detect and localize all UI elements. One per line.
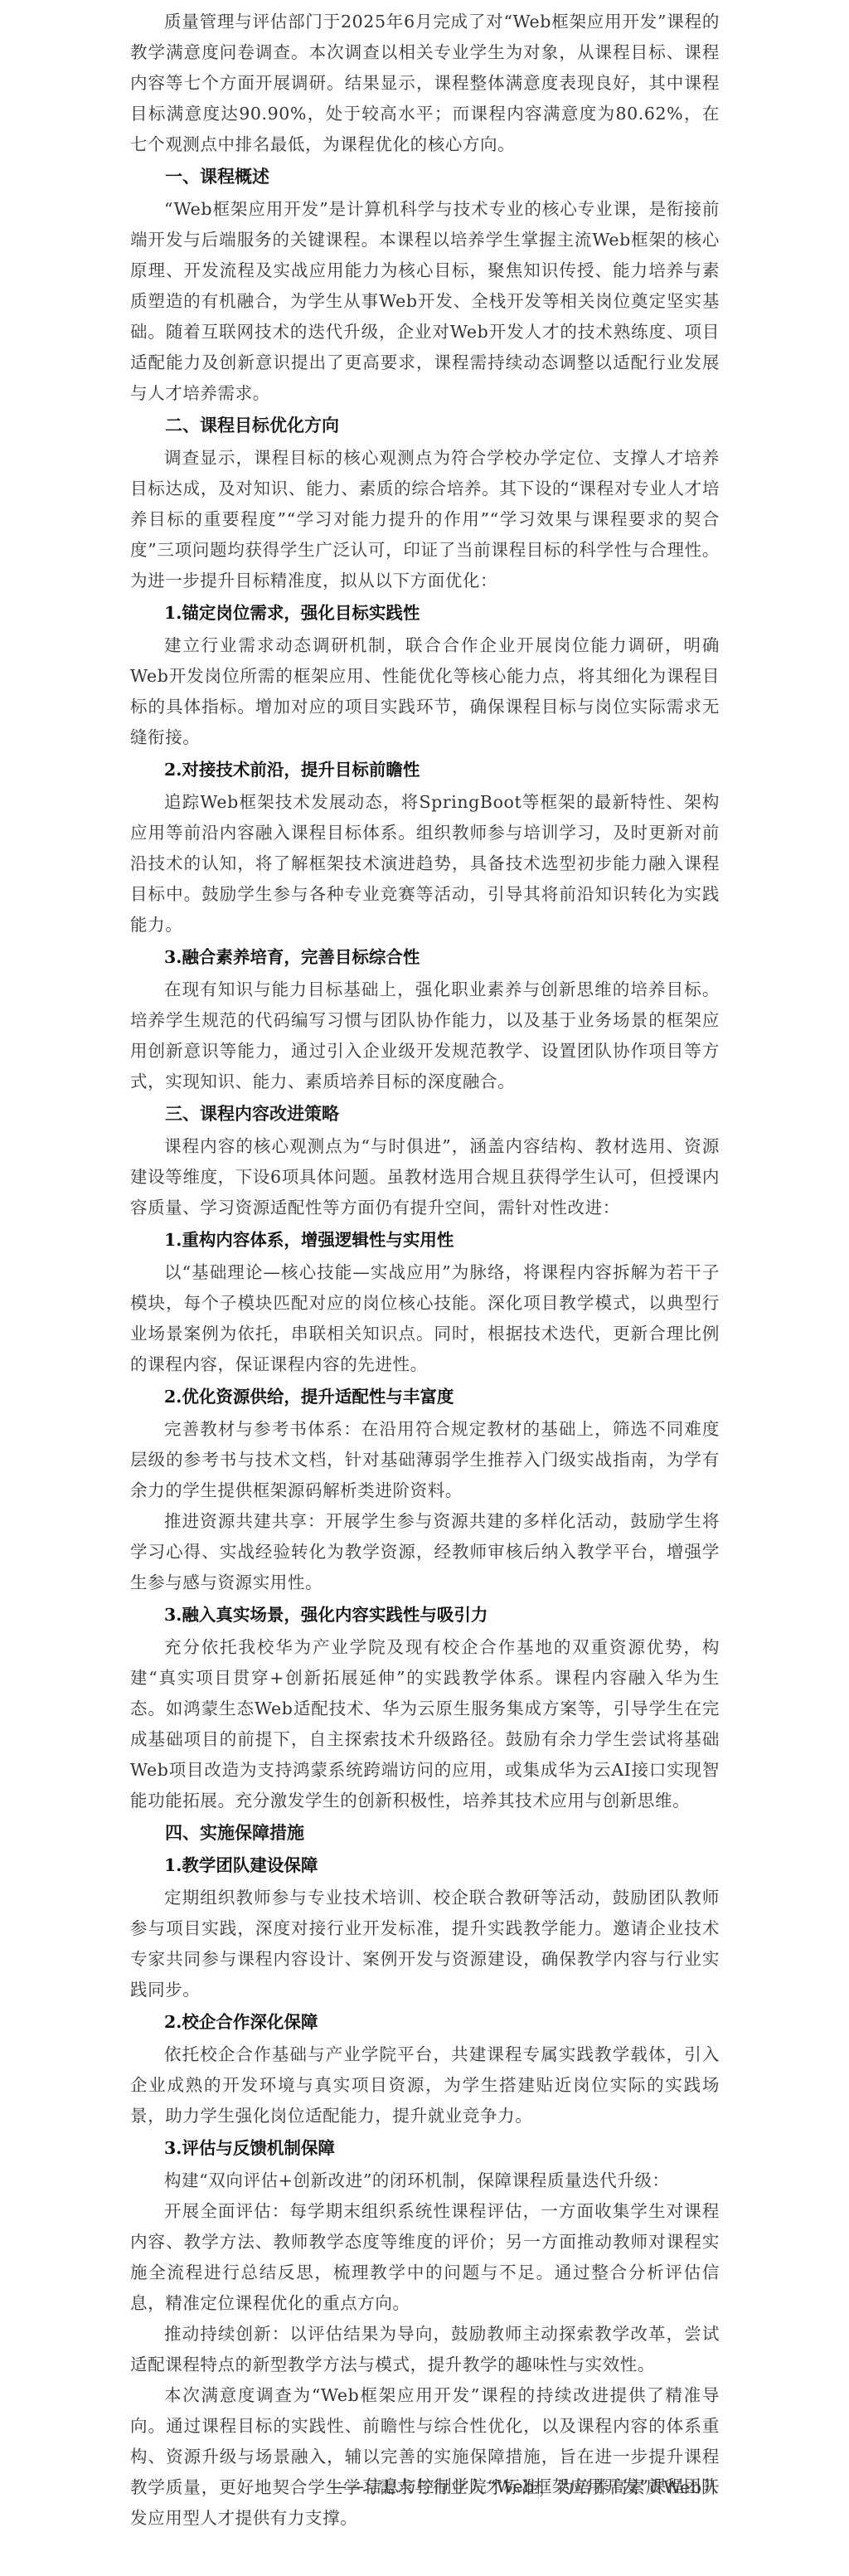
subsection-paragraph: 追踪Web框架技术发展动态，将SpringBoot等框架的最新特性、架构应用等前… — [130, 787, 720, 940]
subsection-paragraph: 推动持续创新：以评估结果为导向，鼓励教师主动探索教学改革，尝试适配课程特点的新型… — [130, 2319, 720, 2380]
conclusion-paragraph: 本次满意度调查为“Web框架应用开发”课程的持续改进提供了精准导向。通过课程目标… — [130, 2380, 720, 2534]
section-paragraph: 调查显示，课程目标的核心观测点为符合学校办学定位、支撑人才培养目标达成，及对知识… — [130, 443, 720, 596]
subsection-paragraph: 完善教材与参考书体系：在沿用符合规定教材的基础上，筛选不同难度层级的参考书与技术… — [130, 1414, 720, 1506]
subsection-paragraph: 在现有知识与能力目标基础上，强化职业素养与创新思维的培养目标。培养学生规范的代码… — [130, 975, 720, 1097]
subsection-heading: 1.锚定岗位需求，强化目标实践性 — [130, 598, 720, 629]
subsection-paragraph: 推进资源共建共享：开展学生参与资源共建的多样化活动，鼓励学生将学习心得、实战经验… — [130, 1506, 720, 1598]
subsection-heading: 3.评估与反馈机制保障 — [130, 2133, 720, 2164]
subsection-heading: 1.教学团队建设保障 — [130, 1850, 720, 1881]
subsection-paragraph: 依托校企合作基础与产业学院平台，共建课程专属实践教学载体，引入企业成熟的开发环境… — [130, 2039, 720, 2131]
section-course-overview: 一、课程概述 “Web框架应用开发”是计算机科学与技术专业的核心专业课，是衔接前… — [130, 162, 720, 409]
section-heading: 四、实施保障措施 — [130, 1818, 720, 1849]
section-heading: 一、课程概述 — [130, 162, 720, 192]
subsection-paragraph: 充分依托我校华为产业学院及现有校企合作基地的双重资源优势，构建“真实项目贯穿+创… — [130, 1632, 720, 1816]
section-content-improvement: 三、课程内容改进策略 课程内容的核心观测点为“与时俱进”，涵盖内容结构、教材选用… — [130, 1099, 720, 1816]
section-course-objectives: 二、课程目标优化方向 调查显示，课程目标的核心观测点为符合学校办学定位、支撑人才… — [130, 411, 720, 1097]
subsection-paragraph: 以“基础理论—核心技能—实战应用”为脉络，将课程内容拆解为若干子模块，每个子模块… — [130, 1257, 720, 1380]
section-paragraph: 课程内容的核心观测点为“与时俱进”，涵盖内容结构、教材选用、资源建设等维度，下设… — [130, 1131, 720, 1223]
subsection-heading: 1.重构内容体系，增强逻辑性与实用性 — [130, 1225, 720, 1256]
subsection-paragraph: 开展全面评估：每学期末组织系统性课程评估，一方面收集学生对课程内容、教学方法、教… — [130, 2196, 720, 2319]
section-heading: 二、课程目标优化方向 — [130, 411, 720, 441]
subsection-heading: 3.融入真实场景，强化内容实践性与吸引力 — [130, 1600, 720, 1631]
subsection-heading: 3.融合素养培育，完善目标综合性 — [130, 942, 720, 973]
subsection-paragraph: 建立行业需求动态调研机制，联合合作企业开展岗位能力调研，明确Web开发岗位所需的… — [130, 630, 720, 753]
subsection-paragraph: 定期组织教师参与专业技术培训、校企联合教研等活动，鼓励团队教师参与项目实践，深度… — [130, 1883, 720, 2005]
section-heading: 三、课程内容改进策略 — [130, 1099, 720, 1130]
subsection-paragraph: 构建“双向评估+创新改进”的闭环机制，保障课程质量迭代升级： — [130, 2165, 720, 2196]
section-paragraph: “Web框架应用开发”是计算机科学与技术专业的核心专业课，是衔接前端开发与后端服… — [130, 194, 720, 409]
subsection-heading: 2.对接技术前沿，提升目标前瞻性 — [130, 755, 720, 785]
signature: ——信息与控制学院“Web框架应用开发”课程团队 — [329, 2472, 719, 2502]
subsection-heading: 2.校企合作深化保障 — [130, 2007, 720, 2038]
section-implementation-guarantees: 四、实施保障措施 1.教学团队建设保障 定期组织教师参与专业技术培训、校企联合教… — [130, 1818, 720, 2380]
intro-paragraph: 质量管理与评估部门于2025年6月完成了对“Web框架应用开发”课程的教学满意度… — [130, 7, 720, 160]
document-body: 质量管理与评估部门于2025年6月完成了对“Web框架应用开发”课程的教学满意度… — [130, 7, 720, 2534]
subsection-heading: 2.优化资源供给，提升适配性与丰富度 — [130, 1382, 720, 1412]
